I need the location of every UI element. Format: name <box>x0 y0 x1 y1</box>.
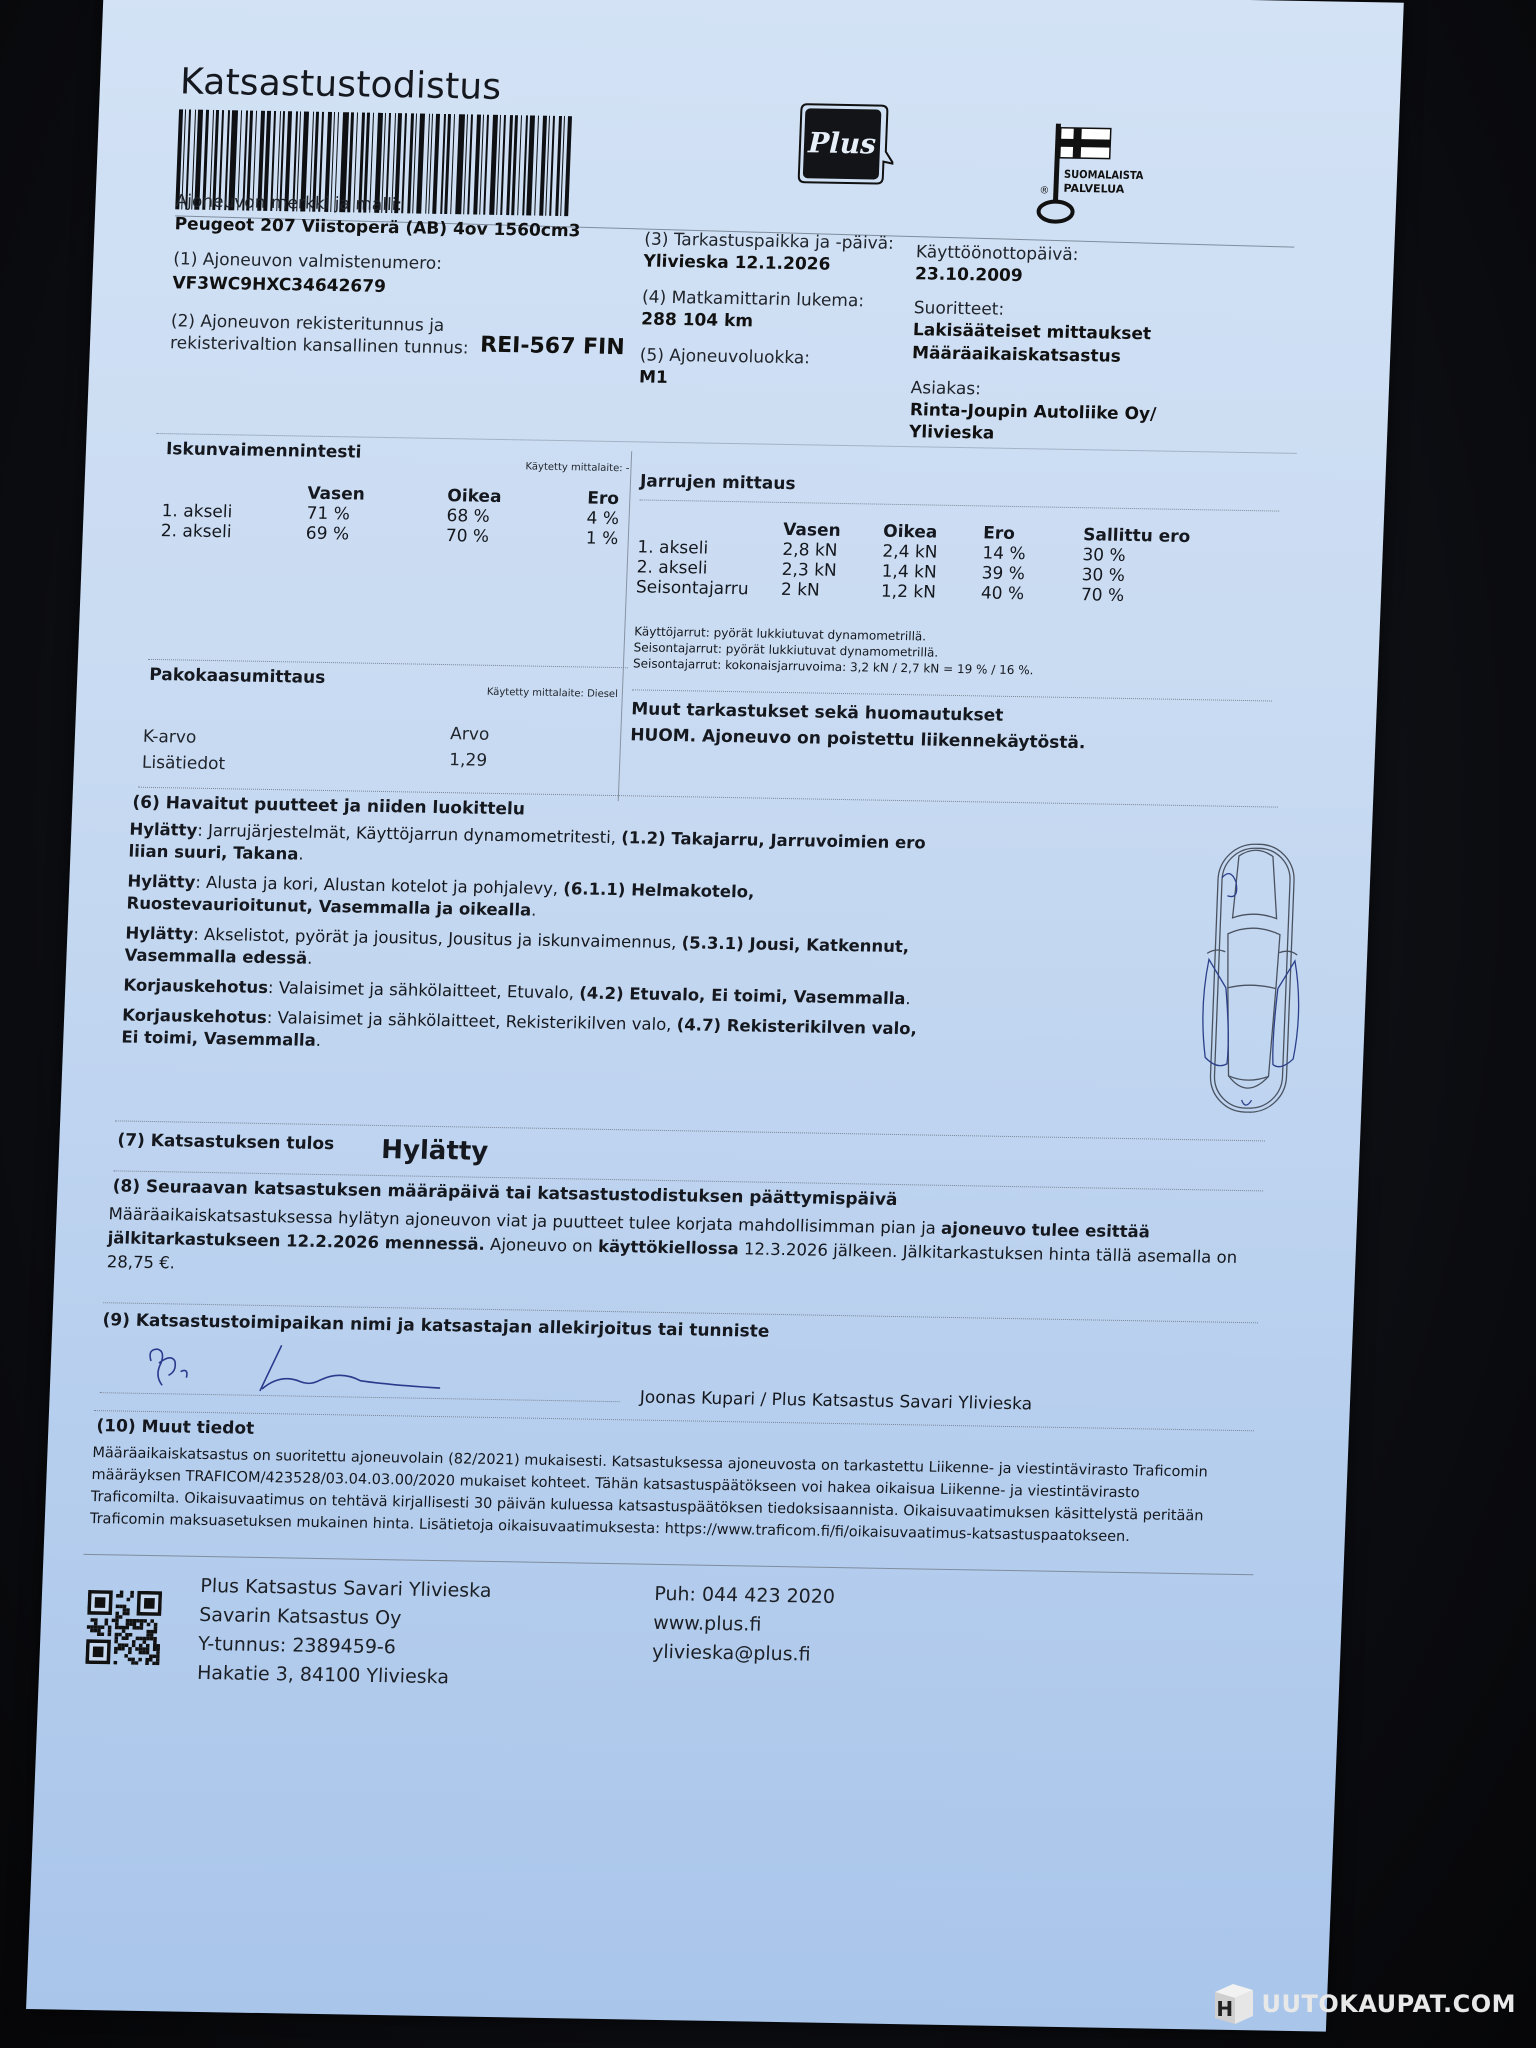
watermark-text: UUTOKAUPAT.COM <box>1261 1990 1516 2018</box>
table-cell: 68 % <box>446 506 587 528</box>
shock-test-title: Iskunvaimennintesti <box>166 439 362 462</box>
company-contact: Puh: 044 423 2020 www.plus.fi ylivieska@… <box>652 1580 836 1670</box>
table-cell: 40 % <box>981 583 1082 605</box>
signature-title: (9) Katsastustoimipaikan nimi ja katsast… <box>102 1310 770 1342</box>
other-info-text: Määräaikaiskatsastus on suoritettu ajone… <box>89 1442 1262 1550</box>
defects-title: (6) Havaitut puutteet ja niiden luokitte… <box>132 793 525 820</box>
table-cell: Seisontajarru <box>636 577 782 600</box>
huutokaupat-cube-logo-icon: H <box>1211 1982 1257 2026</box>
suomalaista-palvelua-key-icon: SUOMALAISTA PALVELUA ® <box>1030 121 1154 228</box>
defect-grade: Hylätty <box>127 872 196 892</box>
first-use-value: 23.10.2009 <box>915 264 1023 286</box>
table-cell: 1,2 kN <box>881 582 982 604</box>
svg-text:PALVELUA: PALVELUA <box>1063 182 1125 196</box>
k-value-label: K-arvo <box>143 727 197 748</box>
other-info-title: (10) Muut tiedot <box>96 1416 254 1439</box>
services-value-1: Lakisääteiset mittaukset <box>913 320 1152 344</box>
column-header: Sallittu ero <box>1083 525 1194 547</box>
huutokaupat-watermark: H UUTOKAUPAT.COM <box>1211 1982 1516 2026</box>
defect-area: : Valaisimet ja sähkölaitteet, Etuvalo, <box>268 978 580 1002</box>
defect-item: Hylätty: Alusta ja kori, Alustan kotelot… <box>126 871 938 929</box>
table-cell: 30 % <box>1082 545 1193 567</box>
table-cell: 39 % <box>981 563 1082 585</box>
company-info: Plus Katsastus Savari Ylivieska Savarin … <box>196 1572 492 1693</box>
vin-value: VF3WC9HXC34642679 <box>172 273 386 297</box>
extra-info-label: Lisätiedot <box>142 753 226 774</box>
shock-test-device: Käytetty mittalaite: - <box>525 461 629 474</box>
next-inspection-text: Määräaikaiskatsastuksessa hylätyn ajoneu… <box>106 1202 1239 1294</box>
column-header <box>162 481 308 504</box>
table-cell: 70 % <box>445 526 586 548</box>
defect-item: Korjauskehotus: Valaisimet ja sähkölaitt… <box>121 1004 933 1062</box>
place-date-label: (3) Tarkastuspaikka ja -päivä: <box>644 229 894 253</box>
defect-item: Hylätty: Akselistot, pyörät ja jousitus,… <box>124 923 936 981</box>
vehicle-class-label: (5) Ajoneuvoluokka: <box>639 345 810 368</box>
defect-item: Hylätty: Jarrujärjestelmät, Käyttöjarrun… <box>128 819 940 877</box>
odometer-value: 288 104 km <box>641 309 754 331</box>
document-title: Katsastustodistus <box>179 61 502 108</box>
defect-grade: Hylätty <box>125 924 194 944</box>
divider <box>632 689 1272 701</box>
table-cell: 14 % <box>982 543 1083 565</box>
odometer-label: (4) Matkamittarin lukema: <box>642 287 865 311</box>
table-cell: 2,4 kN <box>882 542 983 564</box>
brake-test-notes: Käyttöjarrut: pyörät lukkiutuvat dynamom… <box>633 623 1035 678</box>
column-header <box>638 517 784 540</box>
svg-text:®: ® <box>1039 185 1049 196</box>
customer-value-2: Ylivieska <box>909 422 995 443</box>
table-cell: 2,3 kN <box>781 560 882 582</box>
exhaust-value-label: Arvo <box>450 724 490 745</box>
services-value-2: Määräaikaiskatsastus <box>912 343 1121 367</box>
divider <box>94 1410 1254 1431</box>
svg-text:SUOMALAISTA: SUOMALAISTA <box>1064 168 1144 182</box>
table-cell: 1. akseli <box>161 501 307 524</box>
table-cell: 1,4 kN <box>881 562 982 584</box>
customer-label: Asiakas: <box>910 378 981 399</box>
column-header: Vasen <box>307 484 448 506</box>
website-link[interactable]: www.plus.fi <box>653 1609 835 1641</box>
make-model-value: Peugeot 207 Viistoperä (AB) 4ov 1560cm3 <box>174 214 581 241</box>
table-cell: 71 % <box>306 504 447 526</box>
other-checks-title: Muut tarkastukset sekä huomautukset <box>631 699 1004 725</box>
customer-value-1: Rinta-Joupin Autoliike Oy/ <box>910 400 1157 424</box>
qr-code-icon <box>85 1590 162 1665</box>
place-date-value: Ylivieska 12.1.2026 <box>643 251 831 274</box>
svg-text:Plus: Plus <box>807 126 877 160</box>
exhaust-value: 1,29 <box>449 750 488 771</box>
make-model-label: Ajoneuvon merkki ja malli: <box>175 191 402 215</box>
registration-label-2: rekisterivaltion kansallinen tunnus: <box>170 333 469 358</box>
inspector-name: Joonas Kupari / Plus Katsastus Savari Yl… <box>639 1388 1032 1415</box>
table-cell: 1. akseli <box>637 537 783 560</box>
table-cell: 2. akseli <box>636 557 782 580</box>
result-value: Hylätty <box>381 1135 489 1167</box>
table-cell: 30 % <box>1081 565 1192 587</box>
exhaust-device: Käytetty mittalaite: Diesel <box>487 687 618 700</box>
brake-test-title: Jarrujen mittaus <box>640 471 796 494</box>
column-header: Oikea <box>883 522 984 544</box>
defect-area: : Alusta ja kori, Alustan kotelot ja poh… <box>195 873 564 898</box>
plus-logo-icon: Plus <box>797 102 896 186</box>
signature-scribble-icon <box>140 1341 472 1402</box>
company-address: Hakatie 3, 84100 Ylivieska <box>196 1659 488 1693</box>
table-cell: 2. akseli <box>160 521 306 544</box>
defect-area: : Valaisimet ja sähkölaitteet, Rekisteri… <box>266 1008 677 1034</box>
email-link[interactable]: ylivieska@plus.fi <box>652 1638 834 1670</box>
inspection-certificate-paper: Katsastustodistus Plus SUOMALAISTA PALVE… <box>26 0 1404 2032</box>
registration-label-1: (2) Ajoneuvon rekisteritunnus ja <box>171 311 445 336</box>
defect-grade: Korjauskehotus <box>122 1005 267 1027</box>
defect-grade: Korjauskehotus <box>123 975 268 997</box>
column-header: Oikea <box>447 486 588 508</box>
other-checks-text: HUOM. Ajoneuvo on poistettu liikennekäyt… <box>630 725 1086 753</box>
vin-label: (1) Ajoneuvon valmistenumero: <box>173 249 442 274</box>
first-use-label: Käyttöönottopäivä: <box>916 242 1079 265</box>
registration-value: REI-567 FIN <box>480 333 625 361</box>
column-header: Vasen <box>783 520 884 542</box>
svg-text:H: H <box>1217 1997 1234 2021</box>
divider <box>639 499 1279 511</box>
defect-detail: (4.2) Etuvalo, Ei toimi, Vasemmalla <box>579 983 906 1008</box>
defect-grade: Hylätty <box>129 820 198 840</box>
table-cell: 70 % <box>1081 585 1192 607</box>
table-cell: 2 kN <box>781 580 882 602</box>
column-header: Ero <box>983 523 1084 545</box>
phone: Puh: 044 423 2020 <box>654 1580 836 1612</box>
defects-list: Hylätty: Jarrujärjestelmät, Käyttöjarrun… <box>121 819 940 1071</box>
brake-test-table: VasenOikeaEroSallittu ero1. akseli2,8 kN… <box>636 517 1194 607</box>
result-label: (7) Katsastuksen tulos <box>117 1130 335 1154</box>
defect-item: Korjauskehotus: Valaisimet ja sähkölaitt… <box>123 974 934 1010</box>
exhaust-title: Pakokaasumittaus <box>149 665 326 688</box>
table-cell: 2,8 kN <box>782 540 883 562</box>
car-diagram-icon <box>1191 837 1312 1119</box>
shock-test-table: VasenOikeaEro1. akseli71 %68 %4 %2. akse… <box>160 481 687 550</box>
vehicle-class-value: M1 <box>639 367 669 387</box>
table-cell: 69 % <box>305 524 446 546</box>
services-label: Suoritteet: <box>913 298 1004 320</box>
